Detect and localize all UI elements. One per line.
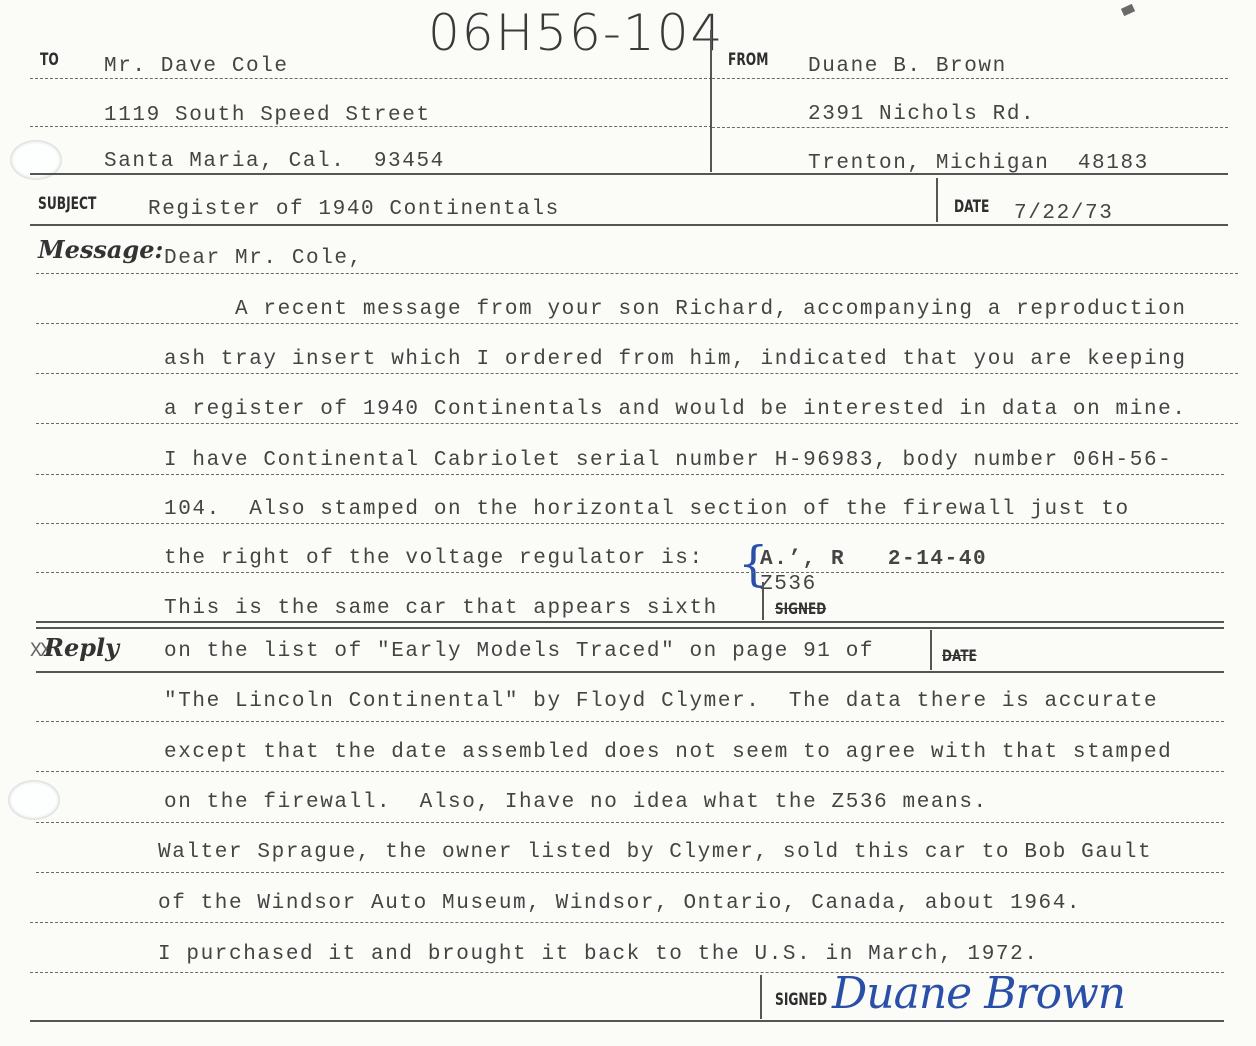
subject-value: Register of 1940 Continentals [148,199,560,220]
reply-line: "The Lincoln Continental" by Floyd Clyme… [164,691,1158,712]
handwritten-body-number: 06H56-104 [428,8,724,58]
message-line: 104. Also stamped on the horizontal sect… [164,499,1130,520]
reply-rule-top [36,621,1224,623]
from-label: FROM [728,52,768,69]
message-line: I have Continental Cabriolet serial numb… [164,450,1172,471]
message-line: a register of 1940 Continentals and woul… [164,399,1187,420]
subject-label: SUBJECT [38,196,96,213]
to-street: 1119 South Speed Street [104,105,431,126]
rule [30,78,712,79]
rule [36,273,1238,274]
rule [36,474,1224,475]
reply-line: except that the date assembled does not … [164,742,1172,763]
rule [30,922,1224,923]
reply-label: Reply [44,636,119,660]
reply-line: on the list of "Early Models Traced" on … [164,641,874,662]
signature: Duane Brown [832,972,1125,1016]
date-value: 7/22/73 [1014,203,1113,224]
reply-line: on the firewall. Also, Ihave no idea wha… [164,792,988,813]
rule [712,127,1228,128]
message-line: This is the same car that appears sixth [164,598,718,619]
rule [36,771,1224,772]
message-line: ash tray insert which I ordered from him… [164,349,1187,370]
stamp-line-1: A.’, R 2-14-40 [760,549,987,570]
signed-divider [760,975,762,1019]
struck-date-label: DATE [942,648,977,664]
subject-date-divider [936,178,938,222]
reply-line: I purchased it and brought it back to th… [158,944,1039,965]
subject-rule [30,224,1228,226]
to-name: Mr. Dave Cole [104,56,289,77]
to-from-divider [710,30,712,172]
rule [30,126,712,127]
header-rule [30,173,1228,175]
rule [36,721,1224,722]
ink-mark [1121,4,1135,16]
message-line: A recent message from your son Richard, … [164,299,1187,320]
to-city: Santa Maria, Cal. 93454 [104,151,445,172]
struck-signed-label: SIGNED [775,601,826,617]
reply-date-divider [930,630,932,670]
rule [36,323,1238,324]
to-label: TO [40,52,59,69]
punch-hole-bottom [8,780,60,820]
signed-divider-struck [762,582,764,620]
rule [36,373,1238,374]
rule [36,872,1224,873]
rule [36,523,1224,524]
rule [36,423,1238,424]
reply-line: Walter Sprague, the owner listed by Clym… [158,842,1152,863]
reply-line: of the Windsor Auto Museum, Windsor, Ont… [158,893,1081,914]
signature-rule [30,1020,1224,1022]
from-city: Trenton, Michigan 48183 [808,153,1149,174]
message-line: the right of the voltage regulator is: [164,548,704,569]
rule [36,822,1224,823]
reply-rule-bottom [36,671,1224,673]
from-name: Duane B. Brown [808,56,1007,77]
rule [712,78,1228,79]
rule [36,572,1224,573]
from-street: 2391 Nichols Rd. [808,104,1035,125]
message-label: Message: [38,238,163,262]
message-line: Dear Mr. Cole, [164,248,363,269]
stamp-line-2: Z536 [760,574,817,595]
reply-rule-top-2 [36,627,1224,629]
date-label: DATE [954,199,989,216]
signed-label: SIGNED [775,992,827,1009]
